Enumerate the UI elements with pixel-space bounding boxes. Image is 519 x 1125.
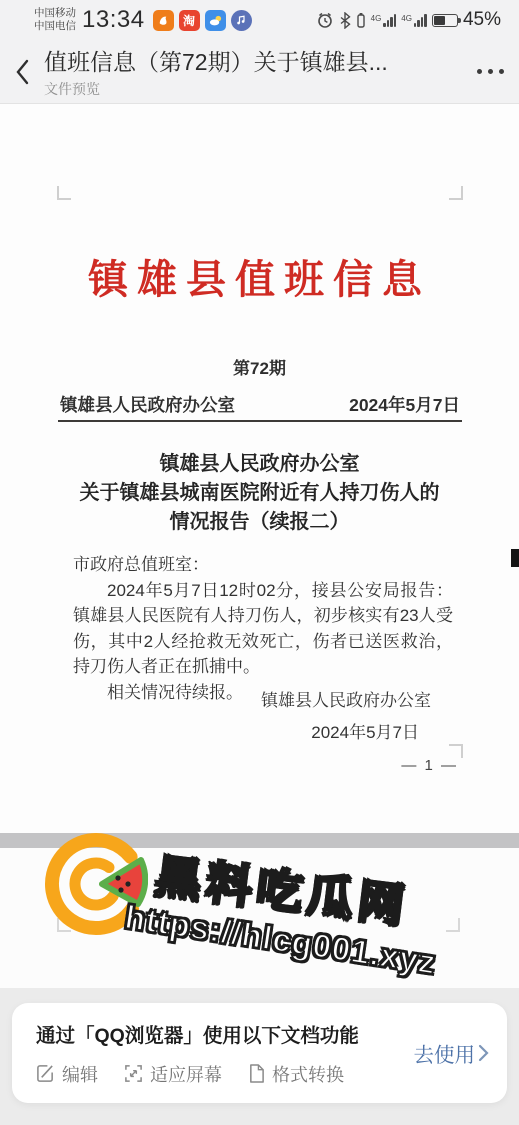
issuing-org: 镇雄县人民政府办公室 <box>60 392 235 417</box>
page-number: — 1 — <box>401 757 458 774</box>
feature-fit-screen[interactable]: 适应屏幕 <box>124 1061 222 1087</box>
chevron-right-icon <box>478 1044 489 1062</box>
go-use-label: 去使用 <box>414 1038 476 1068</box>
phone-screen: 中国移动 中国电信 13:34 淘 4G 4G <box>0 0 519 1125</box>
nav-header: 值班信息（第72期）关于镇雄县... 文件预览 <box>0 40 519 104</box>
network-type-sim1: 4G <box>371 14 382 23</box>
fit-screen-icon <box>124 1064 143 1083</box>
carrier-2: 中国电信 <box>34 20 76 33</box>
battery-icon <box>432 14 458 27</box>
feature-fit-screen-label: 适应屏幕 <box>150 1061 222 1087</box>
salutation: 市政府总值班室： <box>73 552 453 578</box>
back-chevron-icon <box>14 58 30 86</box>
status-time: 13:34 <box>82 6 145 34</box>
music-icon <box>231 10 252 31</box>
nav-titles: 值班信息（第72期）关于镇雄县... 文件预览 <box>44 44 461 99</box>
document-body: 市政府总值班室： 2024年5月7日12时02分，接县公安局报告：镇雄县人民医院… <box>73 552 453 705</box>
page-subtitle: 文件预览 <box>44 79 457 99</box>
taobao-icon: 淘 <box>179 10 200 31</box>
document-masthead: 镇雄县值班信息 <box>0 248 519 305</box>
edit-icon <box>36 1064 55 1083</box>
feature-edit-label: 编辑 <box>62 1061 98 1087</box>
network-type-sim2: 4G <box>401 14 412 23</box>
document-icon <box>248 1064 265 1083</box>
cropmark-p2-right <box>446 918 460 932</box>
cropmark-top-right <box>449 186 463 200</box>
carrier-1: 中国移动 <box>34 7 76 20</box>
cropmark-top-left <box>57 186 71 200</box>
right-edge-mark <box>511 549 519 567</box>
cropmark-bottom-right <box>449 744 463 758</box>
document-title: 镇雄县人民政府办公室 关于镇雄县城南医院附近有人持刀伤人的 情况报告（续报二） <box>0 450 519 537</box>
signal-sim1: 4G <box>371 14 397 27</box>
feature-format-convert-label: 格式转换 <box>272 1061 344 1087</box>
go-use-button[interactable]: 去使用 <box>414 1038 490 1068</box>
title-line-1: 镇雄县人民政府办公室 <box>0 450 519 479</box>
promo-title: 通过「QQ浏览器」使用以下文档功能 <box>36 1020 406 1048</box>
vibrate-icon <box>356 12 366 29</box>
page-title: 值班信息（第72期）关于镇雄县... <box>44 44 457 77</box>
battery-percent: 45% <box>463 9 501 31</box>
orange-app-icon <box>153 10 174 31</box>
body-paragraph-1: 2024年5月7日12时02分，接县公安局报告：镇雄县人民医院有人持刀伤人，初步… <box>73 578 453 680</box>
feature-format-convert[interactable]: 格式转换 <box>248 1061 344 1087</box>
more-menu-button[interactable] <box>461 69 519 74</box>
status-bar: 中国移动 中国电信 13:34 淘 4G 4G <box>0 0 519 40</box>
alarm-icon <box>316 11 334 29</box>
feature-edit[interactable]: 编辑 <box>36 1061 98 1087</box>
feature-row: 编辑 适应屏幕 格式转换 <box>36 1061 406 1087</box>
header-rule <box>58 420 462 422</box>
title-line-3: 情况报告（续报二） <box>0 508 519 537</box>
issue-date: 2024年5月7日 <box>349 392 460 417</box>
title-line-2: 关于镇雄县城南医院附近有人持刀伤人的 <box>0 479 519 508</box>
signal-sim2: 4G <box>401 14 427 27</box>
weather-icon <box>205 10 226 31</box>
issuer-row: 镇雄县人民政府办公室 2024年5月7日 <box>60 392 460 417</box>
promo-content: 通过「QQ浏览器」使用以下文档功能 编辑 适应屏幕 格式转换 <box>36 1020 406 1087</box>
signature-org: 镇雄县人民政府办公室 <box>261 686 431 711</box>
back-button[interactable] <box>0 40 44 103</box>
qq-browser-promo-card: 通过「QQ浏览器」使用以下文档功能 编辑 适应屏幕 格式转换 去使用 <box>12 1003 507 1103</box>
notification-app-icons: 淘 <box>153 10 252 31</box>
signature-date: 2024年5月7日 <box>311 718 419 743</box>
issue-number: 第72期 <box>0 354 519 379</box>
status-indicators: 4G 4G 45% <box>316 9 501 31</box>
carrier-labels: 中国移动 中国电信 <box>34 7 76 33</box>
bluetooth-icon <box>339 12 351 29</box>
